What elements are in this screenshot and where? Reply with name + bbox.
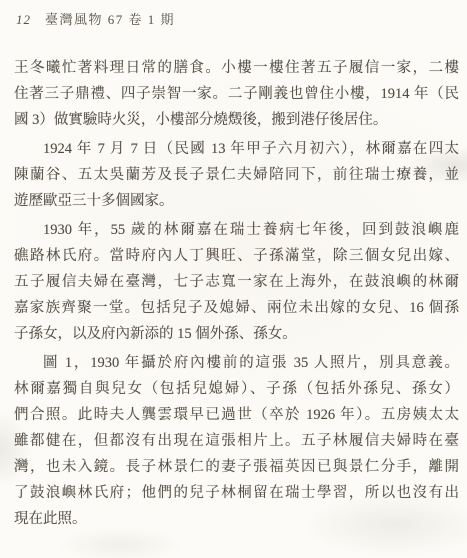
journal-title: 臺灣風物 67 卷 1 期 <box>45 11 175 28</box>
text-line: 們合照。此時夫人龔雲環早已過世（卒於 1926 年）。五房姨太太 <box>14 402 459 428</box>
text-line: 礁路林氏府。當時府內人丁興旺、子孫滿堂，除三個女兒出嫁、 <box>14 243 459 269</box>
paragraph: 圖 1，1930 年攝於府內樓前的這張 35 人照片，別具意義。林爾嘉獨自與兒女… <box>14 350 459 532</box>
paragraph: 1924 年 7 月 7 日（民國 13 年甲子六月初六），林爾嘉在四太陳蘭谷、… <box>14 136 459 214</box>
text-line: 1924 年 7 月 7 日（民國 13 年甲子六月初六），林爾嘉在四太 <box>14 136 459 162</box>
text-line: 住著三子鼎禮、四子崇智一家。二子剛義也曾住小樓，1914 年（民 <box>14 81 459 107</box>
text-line: 五子履信夫婦在臺灣，七子志寬一家在上海外，在鼓浪嶼的林爾 <box>14 269 459 295</box>
body-text: 王冬曦忙著料理日常的膳食。小樓一樓住著五子履信一家，二樓住著三子鼎禮、四子崇智一… <box>14 55 459 532</box>
text-line: 陳蘭谷、五太吳蘭芳及長子景仁夫婦陪同下，前往瑞士療養，並 <box>14 162 459 188</box>
text-line: 子孫女，以及府內新添的 15 個外孫、孫女。 <box>14 321 459 347</box>
paragraph: 王冬曦忙著料理日常的膳食。小樓一樓住著五子履信一家，二樓住著三子鼎禮、四子崇智一… <box>14 55 459 133</box>
paragraph: 1930 年，55 歲的林爾嘉在瑞士養病七年後，回到鼓浪嶼鹿礁路林氏府。當時府內… <box>14 217 459 347</box>
text-line: 現在此照。 <box>14 506 459 532</box>
text-line: 圖 1，1930 年攝於府內樓前的這張 35 人照片，別具意義。 <box>14 350 459 376</box>
scanned-document-page: 12 臺灣風物 67 卷 1 期 王冬曦忙著料理日常的膳食。小樓一樓住著五子履信… <box>0 0 467 558</box>
text-line: 遊歷歐亞三十多個國家。 <box>14 188 459 214</box>
text-line: 1930 年，55 歲的林爾嘉在瑞士養病七年後，回到鼓浪嶼鹿 <box>14 217 459 243</box>
text-line: 國 3）做實驗時火災，小樓部分燒燬後，搬到港仔後居住。 <box>14 107 459 133</box>
text-line: 林爾嘉獨自與兒女（包括兒媳婦）、子孫（包括外孫兒、孫女） <box>14 376 459 402</box>
text-line: 灣，也未入鏡。長子林景仁的妻子張福英因已與景仁分手，離開 <box>14 454 459 480</box>
text-line: 雖都健在，但都沒有出現在這張相片上。五子林履信夫婦時在臺 <box>14 428 459 454</box>
page-header: 12 臺灣風物 67 卷 1 期 <box>16 11 459 28</box>
text-line: 了鼓浪嶼林氏府；他們的兒子林桐留在瑞士學習，所以也沒有出 <box>14 480 459 506</box>
text-line: 王冬曦忙著料理日常的膳食。小樓一樓住著五子履信一家，二樓 <box>14 55 459 81</box>
page-number: 12 <box>16 11 31 28</box>
text-line: 嘉家族齊聚一堂。包括兒子及媳婦、兩位未出嫁的女兒、16 個孫 <box>14 295 459 321</box>
